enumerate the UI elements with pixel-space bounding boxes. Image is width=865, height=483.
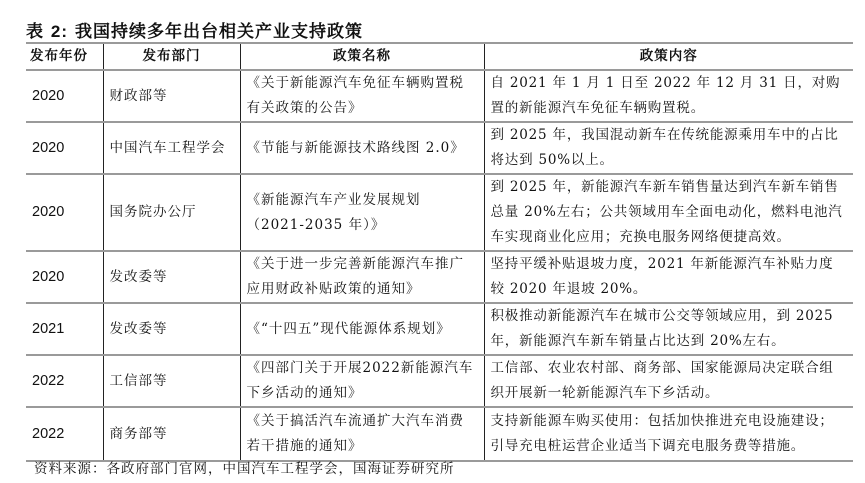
header-policy-name: 政策名称: [240, 43, 484, 70]
cell-policy-name: 《四部门关于开展2022新能源汽车下乡活动的通知》: [240, 355, 484, 407]
cell-policy-name: 《节能与新能源技术路线图 2.0》: [240, 122, 484, 174]
cell-policy-name: 《关于新能源汽车免征车辆购置税有关政策的公告》: [240, 70, 484, 122]
cell-policy-content: 到 2025 年，新能源汽车新车销售量达到汽车新车销售总量 20%左右；公共领域…: [484, 174, 853, 251]
cell-policy-content: 自 2021 年 1 月 1 日至 2022 年 12 月 31 日，对购置的新…: [484, 70, 853, 122]
cell-year: 2022: [26, 355, 103, 407]
cell-year: 2020: [26, 251, 103, 303]
table-title-prefix: 表: [26, 22, 44, 42]
table-row: 2020 财政部等 《关于新能源汽车免征车辆购置税有关政策的公告》 自 2021…: [26, 70, 853, 122]
table-row: 2020 发改委等 《关于进一步完善新能源汽车推广应用财政补贴政策的通知》 坚持…: [26, 251, 853, 303]
table-title: 表 2: 我国持续多年出台相关产业支持政策: [26, 17, 363, 42]
header-department: 发布部门: [103, 43, 240, 70]
table-row: 2020 国务院办公厅 《新能源汽车产业发展规划（2021-2035 年）》 到…: [26, 174, 853, 251]
cell-year: 2020: [26, 122, 103, 174]
cell-policy-content: 坚持平缓补贴退坡力度，2021 年新能源汽车补贴力度较 2020 年退坡 20%…: [484, 251, 853, 303]
table-row: 2020 中国汽车工程学会 《节能与新能源技术路线图 2.0》 到 2025 年…: [26, 122, 853, 174]
cell-department: 中国汽车工程学会: [103, 122, 240, 174]
cell-policy-name: 《“十四五”现代能源体系规划》: [240, 303, 484, 355]
cell-department: 国务院办公厅: [103, 174, 240, 251]
cell-year: 2020: [26, 70, 103, 122]
table-row: 2021 发改委等 《“十四五”现代能源体系规划》 积极推动新能源汽车在城市公交…: [26, 303, 853, 355]
table-row: 2022 工信部等 《四部门关于开展2022新能源汽车下乡活动的通知》 工信部、…: [26, 355, 853, 407]
source-note: 资料来源：各政府部门官网，中国汽车工程学会，国海证券研究所: [34, 457, 455, 477]
cell-policy-content: 工信部、农业农村部、商务部、国家能源局决定联合组织开展新一轮新能源汽车下乡活动。: [484, 355, 853, 407]
cell-policy-content: 积极推动新能源汽车在城市公交等领域应用，到 2025 年，新能源汽车新车销量占比…: [484, 303, 853, 355]
cell-department: 商务部等: [103, 407, 240, 461]
cell-department: 发改委等: [103, 251, 240, 303]
header-year: 发布年份: [26, 43, 103, 70]
table-title-number: 2:: [51, 22, 68, 41]
cell-department: 工信部等: [103, 355, 240, 407]
table-title-text: 我国持续多年出台相关产业支持政策: [75, 22, 363, 42]
cell-policy-name: 《关于进一步完善新能源汽车推广应用财政补贴政策的通知》: [240, 251, 484, 303]
table-row: 2022 商务部等 《关于搞活汽车流通扩大汽车消费若干措施的通知》 支持新能源车…: [26, 407, 853, 461]
policy-table: 发布年份 发布部门 政策名称 政策内容 2020 财政部等 《关于新能源汽车免征…: [26, 42, 853, 462]
table-header-row: 发布年份 发布部门 政策名称 政策内容: [26, 43, 853, 70]
cell-department: 发改委等: [103, 303, 240, 355]
cell-policy-content: 支持新能源车购买使用：包括加快推进充电设施建设；引导充电桩运营企业适当下调充电服…: [484, 407, 853, 461]
cell-department: 财政部等: [103, 70, 240, 122]
cell-policy-name: 《关于搞活汽车流通扩大汽车消费若干措施的通知》: [240, 407, 484, 461]
cell-policy-content: 到 2025 年，我国混动新车在传统能源乘用车中的占比将达到 50%以上。: [484, 122, 853, 174]
cell-year: 2020: [26, 174, 103, 251]
header-policy-content: 政策内容: [484, 43, 853, 70]
cell-policy-name: 《新能源汽车产业发展规划（2021-2035 年）》: [240, 174, 484, 251]
cell-year: 2022: [26, 407, 103, 461]
cell-year: 2021: [26, 303, 103, 355]
